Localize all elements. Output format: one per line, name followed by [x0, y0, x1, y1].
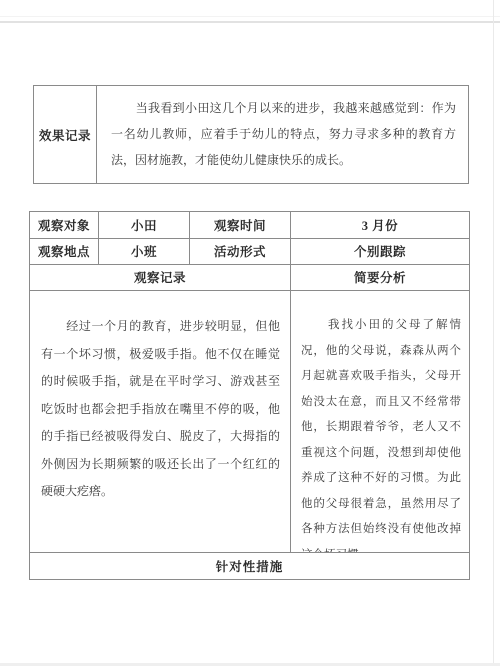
observation-time-label: 观察时间 [190, 212, 291, 238]
activity-form-value: 个别跟踪 [291, 239, 469, 264]
table-row-observation-subject: 观察对象 小田 观察时间 3 月份 [30, 212, 469, 239]
scan-artifact-top-light [0, 16, 500, 17]
brief-analysis-header: 简要分析 [291, 265, 469, 291]
brief-analysis-text: 我找小田的父母了解情况，他的父母说，森森从两个月起就喜欢吸手指头，父母开始没太在… [291, 291, 469, 552]
observation-place-value: 小班 [99, 239, 190, 264]
table-row-observation-place: 观察地点 小班 活动形式 个别跟踪 [30, 239, 469, 265]
observation-subject-value: 小田 [99, 212, 190, 238]
effect-record-text: 当我看到小田这几个月以来的进步，我越来越感觉到：作为一名幼儿教师，应着手于幼儿的… [97, 86, 468, 183]
document-page: 效果记录 当我看到小田这几个月以来的进步，我越来越感觉到：作为一名幼儿教师，应着… [0, 0, 500, 666]
observation-table: 观察对象 小田 观察时间 3 月份 观察地点 小班 活动形式 个别跟踪 观察记录… [29, 211, 470, 580]
observation-record-text: 经过一个月的教育，进步较明显，但他有一个坏习惯，极爱吸手指。他不仅在睡觉的时候吸… [30, 291, 291, 552]
targeted-measures-header: 针对性措施 [30, 553, 469, 579]
scan-artifact-right-line [493, 0, 494, 666]
activity-form-label: 活动形式 [190, 239, 291, 264]
observation-subject-label: 观察对象 [30, 212, 99, 238]
effect-record-table: 效果记录 当我看到小田这几个月以来的进步，我越来越感觉到：作为一名幼儿教师，应着… [33, 85, 469, 184]
effect-record-label: 效果记录 [34, 86, 97, 183]
observation-record-header: 观察记录 [30, 265, 291, 291]
table-row-section-headers: 观察记录 简要分析 [30, 265, 469, 292]
table-row-record-body: 经过一个月的教育，进步较明显，但他有一个坏习惯，极爱吸手指。他不仅在睡觉的时候吸… [30, 291, 469, 553]
observation-place-label: 观察地点 [30, 239, 99, 264]
table-row-measures: 针对性措施 [30, 553, 469, 579]
scan-artifact-top-line [0, 21, 500, 23]
observation-time-value: 3 月份 [291, 212, 469, 238]
